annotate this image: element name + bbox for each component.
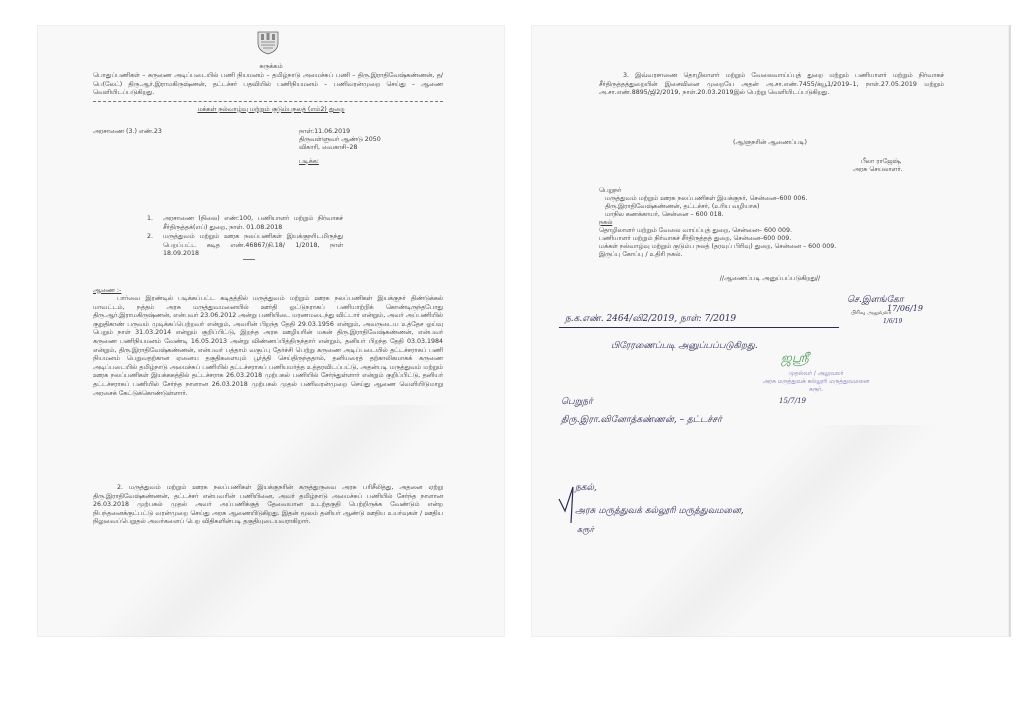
recipient-3: மாநில கணக்காயர், சென்னை – 600 018.: [605, 211, 724, 220]
stamp-line-2: அரசு மருத்துவக் கல்லூரி மருத்துவமனை: [751, 378, 881, 386]
paper-fold-shadow: [531, 425, 1009, 637]
government-order-page-1: சுருக்கம் பொதுப்பணிகள் – கருணை அடிப்படைய…: [37, 25, 505, 637]
officer-handwritten-date: 17/06/19: [887, 304, 923, 313]
handwritten-date-2: 15/7/19: [779, 397, 806, 405]
handwritten-reference-number: ந.க.எண். 2464/வி2/2019, நாள்: 7/2019: [565, 314, 736, 325]
short-divider: [243, 259, 255, 260]
summary-heading: சுருக்கம்: [37, 63, 505, 72]
divider: [93, 101, 443, 102]
principal-green-signature: ஜஸ்ரீ: [781, 351, 809, 367]
order-paragraph-2: 2. மருத்துவம் மற்றும் ஊரக நலப்பணிகள் இயக…: [93, 484, 443, 527]
reference-text-1: அரசாணை (நிலை) எண்:100, பணியாளர் மற்றும் …: [163, 215, 343, 232]
side-note-date: 1/6/19: [883, 318, 902, 325]
officer-title: பிரிவு அலுவலர்: [851, 309, 891, 318]
order-paragraph-1: பார்வை இரண்டில் படிக்கப்பட்ட கடிதத்தில் …: [93, 295, 443, 398]
copy-4: இருப்பு கோப்பு / உதிரி நகல்.: [599, 251, 682, 260]
office-stamp: முதல்வர் / அலுவலர் அரசு மருத்துவக் கல்லூ…: [751, 370, 881, 394]
handwritten-recipient: திரு.இரா.வினோத்கண்ணன், – தட்டச்சர்: [561, 415, 722, 426]
handwritten-city: கரூர்: [577, 525, 594, 535]
handwritten-forward-note: பிரேரணைப்படி அனுப்பப்படுகிறது.: [611, 341, 758, 352]
signatory-title: அரசு செயலாளர்.: [853, 166, 903, 175]
reference-underline: [559, 327, 839, 328]
handwritten-copy-label: நகல்,: [575, 483, 597, 494]
order-number: அரசாணை (3.) எண்.23: [93, 128, 162, 137]
forwarded-by-order: //ஆணைப்படி அனுப்பப்படுகிறது//: [531, 275, 1009, 284]
stamp-line-3: கரூர்.: [751, 386, 881, 394]
handwritten-copy-recipient: அரசு மருத்துவக் கல்லூரி மருத்துவமனை,: [575, 506, 744, 517]
tamil-month: விகாரி, வைகாசி–28: [299, 144, 357, 153]
stamp-line-1: முதல்வர் / அலுவலர்: [751, 370, 881, 378]
summary-text: பொதுப்பணிகள் – கருணை அடிப்படையில் பணி நி…: [93, 72, 443, 98]
reference-number-2: 2.: [147, 233, 153, 242]
government-order-page-2: 3. இவ்வரசாணை தொழிலாளர் மற்றும் வேலைவாய்ப…: [531, 25, 1011, 637]
handwritten-to-label: பெறுநர்: [561, 397, 593, 408]
read-label: படிக்க:: [299, 158, 319, 167]
department-name: மக்கள் நல்வாழ்வு மற்றும் குடும்பநலத் (எம…: [37, 106, 505, 115]
state-emblem-icon: [255, 29, 281, 55]
handwritten-bracket-mark-icon: [557, 485, 577, 525]
reference-number-1: 1.: [147, 215, 153, 224]
reference-text-2: மருத்துவம் மற்றும் ஊரக நலப்பணிகள் இயக்கு…: [163, 233, 343, 259]
order-paragraph-3: 3. இவ்வரசாணை தொழிலாளர் மற்றும் வேலைவாய்ப…: [599, 72, 944, 98]
by-order-of-governor: (ஆளுநரின் ஆணைப்படி): [531, 139, 1009, 148]
